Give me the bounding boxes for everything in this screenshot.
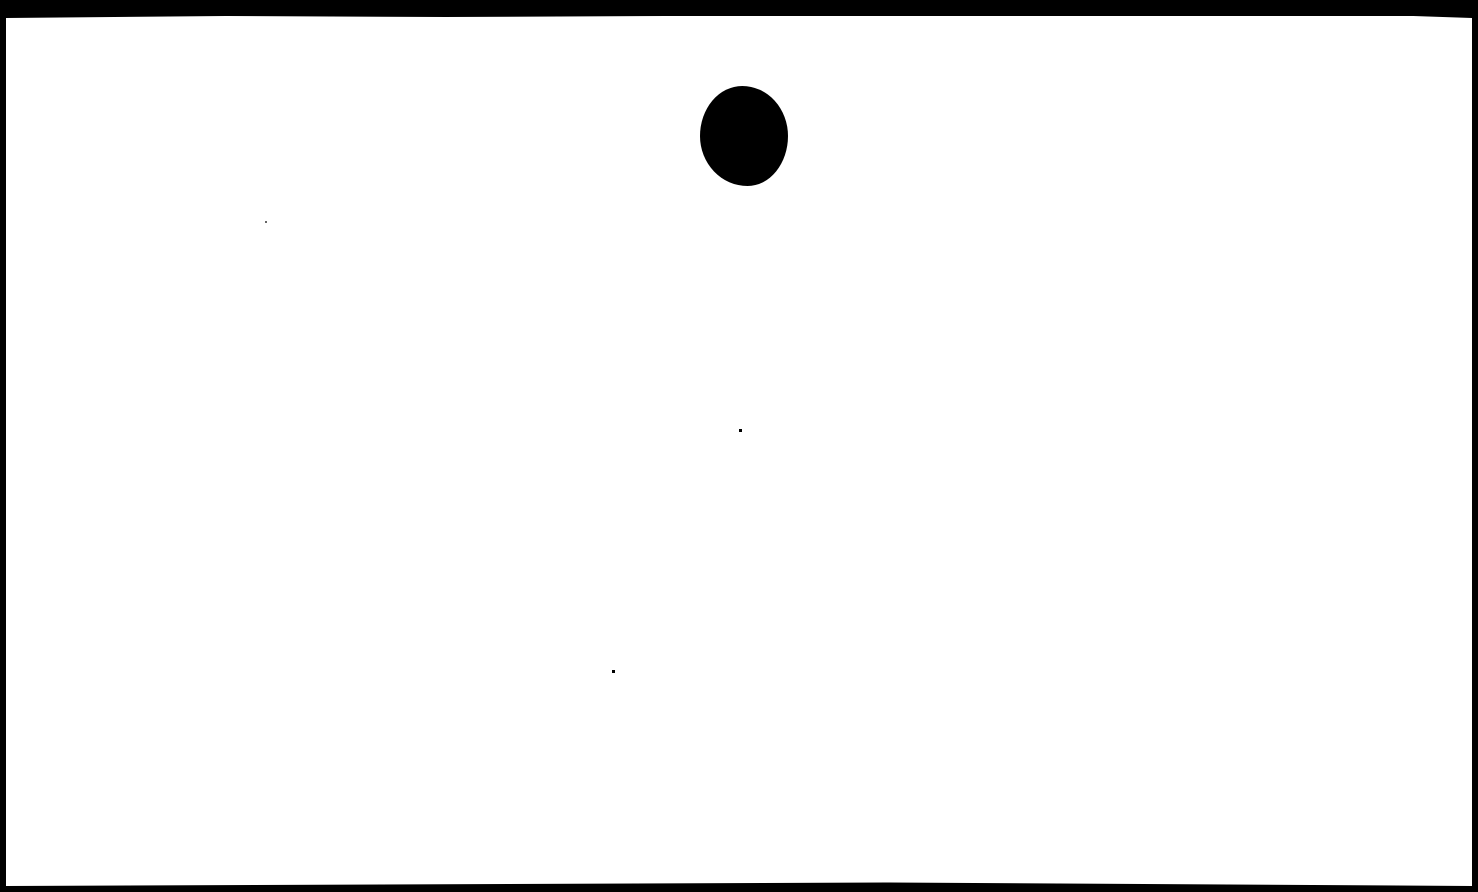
speck <box>739 429 742 432</box>
speck <box>612 670 615 673</box>
punched-hole <box>700 86 788 186</box>
speck <box>265 221 267 223</box>
